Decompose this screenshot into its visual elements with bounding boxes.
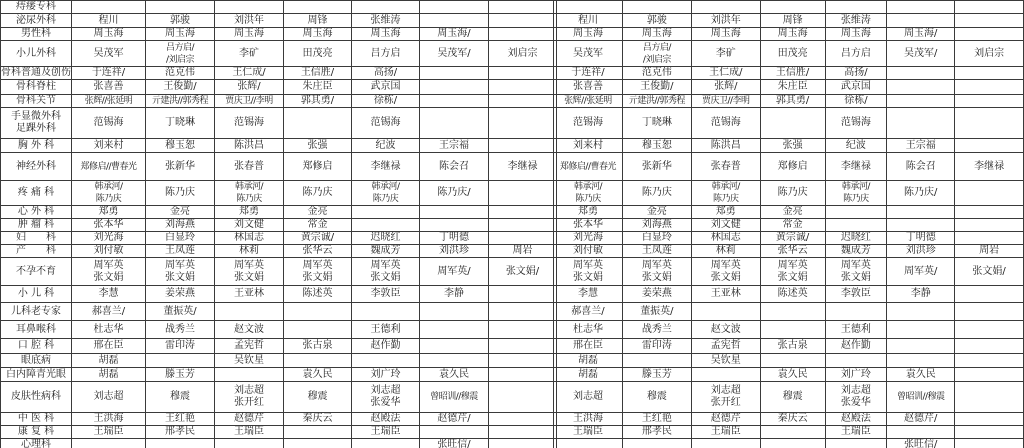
doctor-cell[interactable]: 胡磊: [554, 354, 623, 368]
department-cell[interactable]: 不孕不育: [1, 258, 72, 286]
doctor-cell[interactable]: [955, 439, 1024, 448]
doctor-cell[interactable]: 吴茂军: [554, 41, 623, 67]
doctor-cell[interactable]: [955, 368, 1024, 382]
doctor-cell[interactable]: 高扬/: [352, 67, 420, 80]
doctor-cell[interactable]: [760, 108, 825, 139]
doctor-cell[interactable]: [554, 439, 623, 448]
doctor-cell[interactable]: [420, 303, 489, 321]
doctor-cell[interactable]: 周军英张文娟: [760, 258, 825, 286]
doctor-cell[interactable]: [489, 354, 557, 368]
doctor-cell[interactable]: [622, 354, 691, 368]
doctor-cell[interactable]: 丁明德: [420, 232, 489, 245]
doctor-cell[interactable]: [887, 206, 955, 219]
doctor-cell[interactable]: 刘志超张开红: [691, 382, 760, 413]
department-cell[interactable]: 康 复 科: [1, 426, 72, 439]
doctor-cell[interactable]: [955, 139, 1024, 153]
doctor-cell[interactable]: 张古泉: [760, 339, 825, 354]
doctor-cell[interactable]: 赵文波: [691, 321, 760, 339]
doctor-cell[interactable]: 周岩: [955, 245, 1024, 258]
doctor-cell[interactable]: [489, 206, 557, 219]
doctor-cell[interactable]: 王仁成/: [215, 67, 284, 80]
doctor-cell[interactable]: 胡磊: [554, 368, 623, 382]
department-cell[interactable]: 痔瘘专科: [1, 1, 72, 14]
doctor-cell[interactable]: [420, 219, 489, 232]
doctor-cell[interactable]: 张文娟/: [489, 258, 557, 286]
doctor-cell[interactable]: [284, 108, 352, 139]
doctor-cell[interactable]: 滕玉芳: [146, 368, 215, 382]
doctor-cell[interactable]: 张春普: [691, 153, 760, 181]
doctor-cell[interactable]: 张旺信/: [420, 439, 489, 448]
doctor-cell[interactable]: 张本华: [72, 219, 146, 232]
doctor-cell[interactable]: 张维涛: [825, 14, 887, 28]
doctor-cell[interactable]: 郑修启//曹春光: [72, 153, 146, 181]
doctor-cell[interactable]: 杜志华: [554, 321, 623, 339]
doctor-cell[interactable]: 迟晓红: [352, 232, 420, 245]
department-cell[interactable]: 小儿外科: [1, 41, 72, 67]
doctor-cell[interactable]: [146, 1, 215, 14]
doctor-cell[interactable]: [760, 1, 825, 14]
doctor-cell[interactable]: [284, 1, 352, 14]
doctor-cell[interactable]: 吕方启//刘启宗: [146, 41, 215, 67]
doctor-cell[interactable]: 穆震: [760, 382, 825, 413]
doctor-cell[interactable]: 黄宗诚/: [284, 232, 352, 245]
doctor-cell[interactable]: 韩承河/陈乃庆: [554, 181, 623, 206]
doctor-cell[interactable]: 范锡海: [825, 108, 887, 139]
doctor-cell[interactable]: [215, 303, 284, 321]
doctor-cell[interactable]: [420, 321, 489, 339]
doctor-cell[interactable]: 丁明德: [887, 232, 955, 245]
doctor-cell[interactable]: 白显玲: [622, 232, 691, 245]
doctor-cell[interactable]: 张辉//张延明: [554, 95, 623, 108]
doctor-cell[interactable]: 穆玉恕: [146, 139, 215, 153]
doctor-cell[interactable]: 丁晓琳: [146, 108, 215, 139]
doctor-cell[interactable]: 陈洪昌: [215, 139, 284, 153]
doctor-cell[interactable]: 纪波: [825, 139, 887, 153]
doctor-cell[interactable]: 邢孝民: [146, 426, 215, 439]
doctor-cell[interactable]: 武京国: [352, 80, 420, 95]
doctor-cell[interactable]: 王瑞臣: [352, 426, 420, 439]
doctor-cell[interactable]: [489, 439, 557, 448]
doctor-cell[interactable]: 刘志超张爱华: [352, 382, 420, 413]
doctor-cell[interactable]: 刘广玲: [825, 368, 887, 382]
doctor-cell[interactable]: 刘文健: [215, 219, 284, 232]
doctor-cell[interactable]: [489, 426, 557, 439]
doctor-cell[interactable]: 郝喜兰/: [554, 303, 623, 321]
department-cell[interactable]: 手显微外科足踝外科: [1, 108, 72, 139]
doctor-cell[interactable]: 李慧: [554, 286, 623, 303]
doctor-cell[interactable]: 刘志超: [72, 382, 146, 413]
doctor-cell[interactable]: [420, 426, 489, 439]
doctor-cell[interactable]: [489, 95, 557, 108]
doctor-cell[interactable]: [489, 368, 557, 382]
doctor-cell[interactable]: 张春普: [215, 153, 284, 181]
doctor-cell[interactable]: 袁久民: [284, 368, 352, 382]
doctor-cell[interactable]: [691, 303, 760, 321]
doctor-cell[interactable]: 郑勇: [691, 206, 760, 219]
doctor-cell[interactable]: 周军英张文娟: [72, 258, 146, 286]
doctor-cell[interactable]: 陈洪昌: [691, 139, 760, 153]
doctor-cell[interactable]: [887, 339, 955, 354]
doctor-cell[interactable]: 林莉: [691, 245, 760, 258]
doctor-cell[interactable]: [955, 206, 1024, 219]
doctor-cell[interactable]: 常金: [284, 219, 352, 232]
doctor-cell[interactable]: [955, 1, 1024, 14]
doctor-cell[interactable]: 王洪海: [72, 413, 146, 426]
department-cell[interactable]: 泌尿外科: [1, 14, 72, 28]
doctor-cell[interactable]: 周军英张文娟: [691, 258, 760, 286]
doctor-cell[interactable]: 范克伟: [146, 67, 215, 80]
doctor-cell[interactable]: 张新华: [622, 153, 691, 181]
doctor-cell[interactable]: [955, 413, 1024, 426]
doctor-cell[interactable]: 常金: [760, 219, 825, 232]
doctor-cell[interactable]: 郑修启: [284, 153, 352, 181]
doctor-cell[interactable]: 张旺信/: [887, 439, 955, 448]
doctor-cell[interactable]: 周锋: [284, 14, 352, 28]
doctor-cell[interactable]: 刘洪珍: [420, 245, 489, 258]
doctor-cell[interactable]: 刘付敏: [72, 245, 146, 258]
doctor-cell[interactable]: 李继禄: [489, 153, 557, 181]
doctor-cell[interactable]: 郝喜兰/: [72, 303, 146, 321]
department-cell[interactable]: 神经外科: [1, 153, 72, 181]
doctor-cell[interactable]: 王宗福: [420, 139, 489, 153]
doctor-cell[interactable]: 亓建洪//郭秀程: [146, 95, 215, 108]
doctor-cell[interactable]: 邢在臣: [72, 339, 146, 354]
doctor-cell[interactable]: 周岩: [489, 245, 557, 258]
doctor-cell[interactable]: 陈乃庆: [622, 181, 691, 206]
doctor-cell[interactable]: 刘广玲: [352, 368, 420, 382]
doctor-cell[interactable]: 郑修启//曹春光: [554, 153, 623, 181]
doctor-cell[interactable]: 张强: [760, 139, 825, 153]
doctor-cell[interactable]: 韩承河/陈乃庆: [72, 181, 146, 206]
department-cell[interactable]: 心理科: [1, 439, 72, 448]
doctor-cell[interactable]: 王瑞臣: [215, 426, 284, 439]
doctor-cell[interactable]: [760, 321, 825, 339]
doctor-cell[interactable]: [489, 219, 557, 232]
doctor-cell[interactable]: 王亚林: [691, 286, 760, 303]
doctor-cell[interactable]: 董振英/: [622, 303, 691, 321]
doctor-cell[interactable]: 刘启宗: [955, 41, 1024, 67]
doctor-cell[interactable]: [955, 181, 1024, 206]
doctor-cell[interactable]: [489, 139, 557, 153]
doctor-cell[interactable]: 朱庄臣: [284, 80, 352, 95]
doctor-cell[interactable]: [72, 439, 146, 448]
doctor-cell[interactable]: 滕玉芳: [622, 368, 691, 382]
doctor-cell[interactable]: 周玉海/: [887, 28, 955, 41]
doctor-cell[interactable]: 周玉海: [352, 28, 420, 41]
doctor-cell[interactable]: 田茂亮: [760, 41, 825, 67]
doctor-cell[interactable]: 林国志: [691, 232, 760, 245]
doctor-cell[interactable]: 周玉海: [760, 28, 825, 41]
doctor-cell[interactable]: 张文娟/: [955, 258, 1024, 286]
doctor-cell[interactable]: 刘志超张开红: [215, 382, 284, 413]
doctor-cell[interactable]: [554, 1, 623, 14]
doctor-cell[interactable]: 刘洪年: [691, 14, 760, 28]
doctor-cell[interactable]: 王信胜/: [760, 67, 825, 80]
doctor-cell[interactable]: 徐栋/: [825, 95, 887, 108]
doctor-cell[interactable]: 王红艳: [146, 413, 215, 426]
doctor-cell[interactable]: [420, 108, 489, 139]
doctor-cell[interactable]: 穆震: [622, 382, 691, 413]
doctor-cell[interactable]: 李继禄: [955, 153, 1024, 181]
doctor-cell[interactable]: 范锡海: [352, 108, 420, 139]
doctor-cell[interactable]: 张维涛: [352, 14, 420, 28]
doctor-cell[interactable]: [489, 28, 557, 41]
doctor-cell[interactable]: [622, 439, 691, 448]
doctor-cell[interactable]: 亓建洪//郭秀程: [622, 95, 691, 108]
doctor-cell[interactable]: 周军英张文娟: [215, 258, 284, 286]
doctor-cell[interactable]: 李敦臣: [352, 286, 420, 303]
doctor-cell[interactable]: 魏成芳: [825, 245, 887, 258]
doctor-cell[interactable]: 李慧: [72, 286, 146, 303]
doctor-cell[interactable]: 王亚林: [215, 286, 284, 303]
doctor-cell[interactable]: 吴钦星: [215, 354, 284, 368]
doctor-cell[interactable]: 张华云: [760, 245, 825, 258]
doctor-cell[interactable]: 陈会召: [887, 153, 955, 181]
doctor-cell[interactable]: 赵文波: [215, 321, 284, 339]
doctor-cell[interactable]: [955, 303, 1024, 321]
doctor-cell[interactable]: [72, 1, 146, 14]
doctor-cell[interactable]: [691, 368, 760, 382]
doctor-cell[interactable]: [352, 354, 420, 368]
doctor-cell[interactable]: 周锋: [760, 14, 825, 28]
doctor-cell[interactable]: 于连祥/: [554, 67, 623, 80]
doctor-cell[interactable]: [760, 303, 825, 321]
doctor-cell[interactable]: [489, 80, 557, 95]
doctor-cell[interactable]: 董振英/: [146, 303, 215, 321]
doctor-cell[interactable]: [489, 181, 557, 206]
doctor-cell[interactable]: 于连祥/: [72, 67, 146, 80]
doctor-cell[interactable]: 吕方启: [825, 41, 887, 67]
doctor-cell[interactable]: 王仁成/: [691, 67, 760, 80]
doctor-cell[interactable]: [825, 439, 887, 448]
department-cell[interactable]: 中 医 科: [1, 413, 72, 426]
doctor-cell[interactable]: [420, 206, 489, 219]
doctor-cell[interactable]: [825, 354, 887, 368]
doctor-cell[interactable]: 王俊勤/: [146, 80, 215, 95]
doctor-cell[interactable]: 姜荣燕: [146, 286, 215, 303]
doctor-cell[interactable]: [420, 1, 489, 14]
doctor-cell[interactable]: [489, 67, 557, 80]
doctor-cell[interactable]: 雷印涛: [146, 339, 215, 354]
doctor-cell[interactable]: 周军英/: [420, 258, 489, 286]
doctor-cell[interactable]: 周玉海: [72, 28, 146, 41]
department-cell[interactable]: 小 儿 科: [1, 286, 72, 303]
department-cell[interactable]: 骨科普通及创伤: [1, 67, 72, 80]
doctor-cell[interactable]: 曾昭训//穆震: [420, 382, 489, 413]
doctor-cell[interactable]: 周玉海: [554, 28, 623, 41]
doctor-cell[interactable]: 刘志超张爱华: [825, 382, 887, 413]
department-cell[interactable]: 胸 外 科: [1, 139, 72, 153]
doctor-cell[interactable]: 姜荣燕: [622, 286, 691, 303]
doctor-cell[interactable]: [146, 439, 215, 448]
doctor-cell[interactable]: [352, 439, 420, 448]
doctor-cell[interactable]: [146, 354, 215, 368]
doctor-cell[interactable]: 赵德芹: [691, 413, 760, 426]
doctor-cell[interactable]: [420, 67, 489, 80]
doctor-cell[interactable]: 王瑞臣: [691, 426, 760, 439]
doctor-cell[interactable]: 曾昭训//穆震: [887, 382, 955, 413]
doctor-cell[interactable]: [284, 439, 352, 448]
doctor-cell[interactable]: 程川: [554, 14, 623, 28]
doctor-cell[interactable]: 李静: [887, 286, 955, 303]
doctor-cell[interactable]: 李敦臣: [825, 286, 887, 303]
doctor-cell[interactable]: 张华云: [284, 245, 352, 258]
doctor-cell[interactable]: [955, 286, 1024, 303]
doctor-cell[interactable]: 孟宪哲: [691, 339, 760, 354]
doctor-cell[interactable]: [622, 1, 691, 14]
doctor-cell[interactable]: 战秀兰: [622, 321, 691, 339]
doctor-cell[interactable]: 王瑞臣: [72, 426, 146, 439]
doctor-cell[interactable]: 刘志超: [554, 382, 623, 413]
doctor-cell[interactable]: [691, 1, 760, 14]
department-cell[interactable]: 妇 科: [1, 232, 72, 245]
doctor-cell[interactable]: 王俊勤/: [622, 80, 691, 95]
doctor-cell[interactable]: 秦庆云: [760, 413, 825, 426]
doctor-cell[interactable]: [825, 219, 887, 232]
doctor-cell[interactable]: 韩承河/陈乃庆: [825, 181, 887, 206]
doctor-cell[interactable]: 周军英张文娟: [554, 258, 623, 286]
doctor-cell[interactable]: 王德利: [825, 321, 887, 339]
doctor-cell[interactable]: [352, 206, 420, 219]
doctor-cell[interactable]: [955, 95, 1024, 108]
doctor-cell[interactable]: 周玉海: [691, 28, 760, 41]
doctor-cell[interactable]: [489, 382, 557, 413]
doctor-cell[interactable]: 范锡海: [554, 108, 623, 139]
doctor-cell[interactable]: [955, 108, 1024, 139]
doctor-cell[interactable]: [284, 354, 352, 368]
doctor-cell[interactable]: 李矿: [215, 41, 284, 67]
doctor-cell[interactable]: 胡磊: [72, 354, 146, 368]
doctor-cell[interactable]: 刘海燕: [146, 219, 215, 232]
doctor-cell[interactable]: 陈乃庆: [146, 181, 215, 206]
doctor-cell[interactable]: [489, 303, 557, 321]
doctor-cell[interactable]: 张强: [284, 139, 352, 153]
doctor-cell[interactable]: 韩承河/陈乃庆: [215, 181, 284, 206]
doctor-cell[interactable]: 邢孝民: [622, 426, 691, 439]
doctor-cell[interactable]: [955, 232, 1024, 245]
doctor-cell[interactable]: [887, 14, 955, 28]
doctor-cell[interactable]: 王宗福: [887, 139, 955, 153]
department-cell[interactable]: 男性科: [1, 28, 72, 41]
doctor-cell[interactable]: 金亮: [760, 206, 825, 219]
doctor-cell[interactable]: [489, 14, 557, 28]
doctor-cell[interactable]: [887, 219, 955, 232]
doctor-cell[interactable]: 赵作勤: [825, 339, 887, 354]
doctor-cell[interactable]: [284, 321, 352, 339]
doctor-cell[interactable]: 林莉: [215, 245, 284, 258]
doctor-cell[interactable]: 吴茂军: [72, 41, 146, 67]
doctor-cell[interactable]: 张喜善: [554, 80, 623, 95]
doctor-cell[interactable]: 刘光海: [554, 232, 623, 245]
doctor-cell[interactable]: [887, 321, 955, 339]
doctor-cell[interactable]: [489, 339, 557, 354]
doctor-cell[interactable]: 陈述英: [760, 286, 825, 303]
doctor-cell[interactable]: 范锡海: [215, 108, 284, 139]
doctor-cell[interactable]: 黄宗诚/: [760, 232, 825, 245]
doctor-cell[interactable]: [760, 354, 825, 368]
doctor-cell[interactable]: 陈乃庆: [760, 181, 825, 206]
doctor-cell[interactable]: 周军英张文娟: [622, 258, 691, 286]
doctor-cell[interactable]: [420, 80, 489, 95]
doctor-cell[interactable]: 王凤莲: [146, 245, 215, 258]
doctor-cell[interactable]: 林国志: [215, 232, 284, 245]
doctor-cell[interactable]: [215, 439, 284, 448]
doctor-cell[interactable]: 张辉/: [691, 80, 760, 95]
doctor-cell[interactable]: [887, 67, 955, 80]
doctor-cell[interactable]: 刘光海: [72, 232, 146, 245]
doctor-cell[interactable]: [955, 80, 1024, 95]
doctor-cell[interactable]: 王信胜/: [284, 67, 352, 80]
doctor-cell[interactable]: 赵德芹/: [887, 413, 955, 426]
doctor-cell[interactable]: [489, 108, 557, 139]
doctor-cell[interactable]: 雷印涛: [622, 339, 691, 354]
doctor-cell[interactable]: 周玉海: [284, 28, 352, 41]
doctor-cell[interactable]: 秦庆云: [284, 413, 352, 426]
department-cell[interactable]: 肿 瘤 科: [1, 219, 72, 232]
doctor-cell[interactable]: [489, 286, 557, 303]
doctor-cell[interactable]: 王德利: [352, 321, 420, 339]
doctor-cell[interactable]: 迟晓红: [825, 232, 887, 245]
doctor-cell[interactable]: 赵殿法: [825, 413, 887, 426]
doctor-cell[interactable]: 范锡海: [72, 108, 146, 139]
doctor-cell[interactable]: 白显玲: [146, 232, 215, 245]
doctor-cell[interactable]: 张喜善: [72, 80, 146, 95]
doctor-cell[interactable]: 陈乃庆/: [420, 181, 489, 206]
doctor-cell[interactable]: [955, 339, 1024, 354]
doctor-cell[interactable]: 高扬/: [825, 67, 887, 80]
doctor-cell[interactable]: 张本华: [554, 219, 623, 232]
doctor-cell[interactable]: [887, 80, 955, 95]
doctor-cell[interactable]: 魏成芳: [352, 245, 420, 258]
doctor-cell[interactable]: [760, 426, 825, 439]
doctor-cell[interactable]: 纪波: [352, 139, 420, 153]
doctor-cell[interactable]: [760, 439, 825, 448]
doctor-cell[interactable]: 贾庆卫//李明: [215, 95, 284, 108]
doctor-cell[interactable]: 刘海燕: [622, 219, 691, 232]
doctor-cell[interactable]: 穆震: [146, 382, 215, 413]
department-cell[interactable]: 疼 痛 科: [1, 181, 72, 206]
doctor-cell[interactable]: 周军英张文娟: [825, 258, 887, 286]
doctor-cell[interactable]: 张辉/: [215, 80, 284, 95]
doctor-cell[interactable]: 王瑞臣: [554, 426, 623, 439]
doctor-cell[interactable]: 郑勇: [72, 206, 146, 219]
doctor-cell[interactable]: [489, 1, 557, 14]
doctor-cell[interactable]: [420, 339, 489, 354]
doctor-cell[interactable]: 孟宪哲: [215, 339, 284, 354]
department-cell[interactable]: 骨科关节: [1, 95, 72, 108]
doctor-cell[interactable]: 王瑞臣: [825, 426, 887, 439]
doctor-cell[interactable]: [284, 426, 352, 439]
doctor-cell[interactable]: 丁晓琳: [622, 108, 691, 139]
doctor-cell[interactable]: 周军英/: [887, 258, 955, 286]
doctor-cell[interactable]: 韩承河/陈乃庆: [691, 181, 760, 206]
doctor-cell[interactable]: 郭骏: [622, 14, 691, 28]
doctor-cell[interactable]: [955, 354, 1024, 368]
doctor-cell[interactable]: 金亮: [622, 206, 691, 219]
doctor-cell[interactable]: [887, 426, 955, 439]
doctor-cell[interactable]: 袁久民: [887, 368, 955, 382]
doctor-cell[interactable]: 李静: [420, 286, 489, 303]
doctor-cell[interactable]: [955, 219, 1024, 232]
doctor-cell[interactable]: 程川: [72, 14, 146, 28]
doctor-cell[interactable]: 周军英张文娟: [146, 258, 215, 286]
doctor-cell[interactable]: 穆震: [284, 382, 352, 413]
doctor-cell[interactable]: 周玉海: [215, 28, 284, 41]
doctor-cell[interactable]: [825, 206, 887, 219]
department-cell[interactable]: 皮肤性病科: [1, 382, 72, 413]
doctor-cell[interactable]: [955, 28, 1024, 41]
department-cell[interactable]: 心 外 科: [1, 206, 72, 219]
